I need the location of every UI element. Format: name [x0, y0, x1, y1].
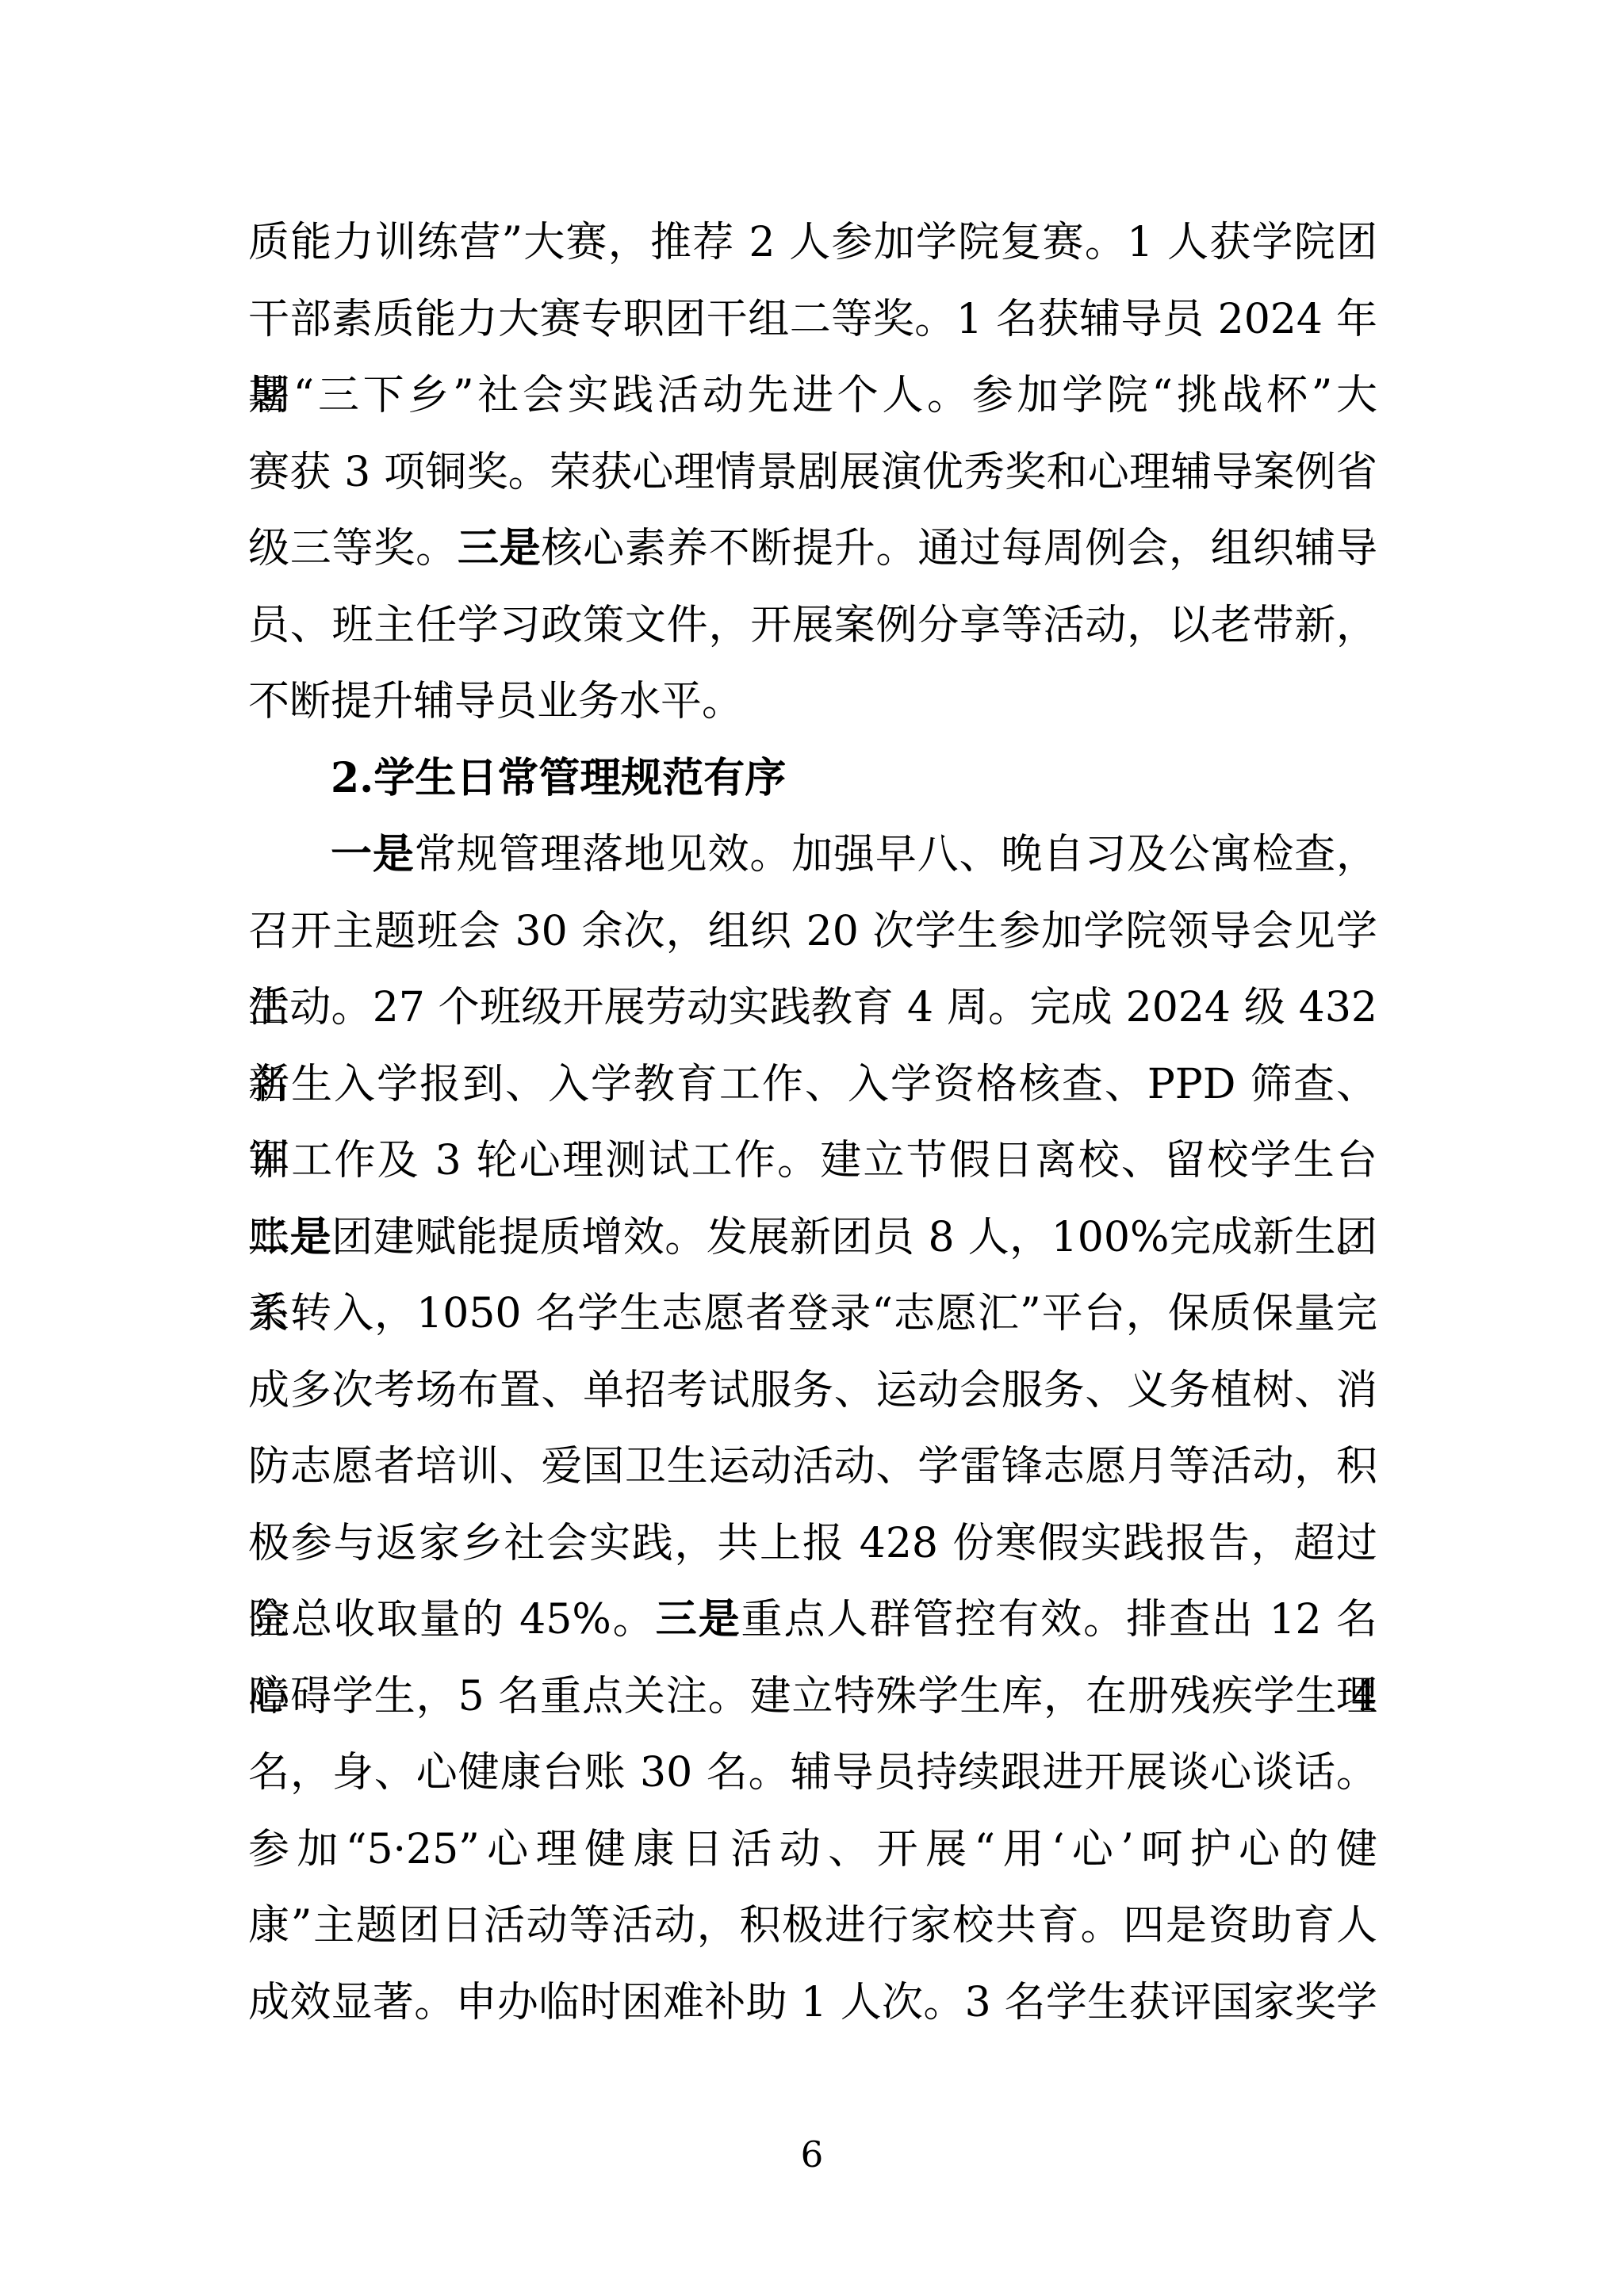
text-segment: 员、班主任学习政策文件，开展案例分享等活动，以老带新，	[248, 602, 1377, 649]
text-line: 期“三下乡”社会实践活动先进个人。参加学院“挑战杯”大	[248, 358, 1377, 434]
text-line: 召开主题班会 30 余次，组织 20 次学生参加学院领导会见学生	[248, 894, 1377, 970]
text-line: 新生入学报到、入学教育工作、入学资格核查、PPD 筛查、军	[248, 1047, 1377, 1123]
text-segment: 名，身、心健康台账 30 名。辅导员持续跟进开展谈心谈话。	[248, 1749, 1377, 1797]
document-page: 质能力训练营”大赛，推荐 2 人参加学院复赛。1 人获学院团干部素质能力大赛专职…	[0, 0, 1624, 2296]
text-line: 级三等奖。三是核心素养不断提升。通过每周例会，组织辅导	[248, 511, 1377, 587]
text-segment: 成多次考场布置、单招考试服务、运动会服务、义务植树、消	[248, 1367, 1377, 1414]
text-line: 活动。27 个班级开展劳动实践教育 4 周。完成 2024 级 432 名	[248, 970, 1377, 1047]
text-line: 不断提升辅导员业务水平。	[248, 664, 1377, 740]
text-segment: 期“三下乡”社会实践活动先进个人。参加学院“挑战杯”大	[248, 372, 1377, 419]
text-line: 防志愿者培训、爱国卫生运动活动、学雷锋志愿月等活动，积	[248, 1429, 1377, 1506]
emphasis-text-segment: 三是	[458, 524, 542, 572]
text-line: 院总收取量的 45%。三是重点人群管控有效。排查出 12 名心理	[248, 1582, 1377, 1659]
text-segment: 院总收取量的 45%。	[248, 1596, 656, 1644]
text-segment: 级三等奖。	[248, 525, 458, 572]
emphasis-text-segment: 二是	[248, 1213, 331, 1261]
emphasis-text-segment: 三是	[656, 1595, 741, 1644]
text-segment: 不断提升辅导员业务水平。	[248, 678, 743, 725]
text-line: 员、班主任学习政策文件，开展案例分享等活动，以老带新，	[248, 587, 1377, 664]
text-line: 一是常规管理落地见效。加强早八、晚自习及公寓检查，	[248, 817, 1377, 894]
emphasis-text-segment: 一是	[331, 830, 415, 878]
text-line: 成效显著。申办临时困难补助 1 人次。3 名学生获评国家奖学	[248, 1965, 1377, 2042]
text-line: 二是团建赋能提质增效。发展新团员 8 人，100%完成新生团关	[248, 1200, 1377, 1276]
text-line: 训工作及 3 轮心理测试工作。建立节假日离校、留校学生台账。	[248, 1123, 1377, 1200]
text-segment: 参加“5·25”心理健康日活动、开展“用‘心’呵护心的健	[248, 1826, 1377, 1873]
text-segment: 防志愿者培训、爱国卫生运动活动、学雷锋志愿月等活动，积	[248, 1443, 1377, 1490]
text-line: 质能力训练营”大赛，推荐 2 人参加学院复赛。1 人获学院团	[248, 205, 1377, 281]
emphasis-text-segment: 2.学生日常管理规范有序	[331, 754, 786, 802]
text-line: 极参与返家乡社会实践，共上报 428 份寒假实践报告，超过全	[248, 1506, 1377, 1582]
text-line: 名，身、心健康台账 30 名。辅导员持续跟进开展谈心谈话。	[248, 1735, 1377, 1812]
text-segment: 常规管理落地见效。加强早八、晚自习及公寓检查，	[415, 831, 1377, 878]
text-segment: 核心素养不断提升。通过每周例会，组织辅导	[541, 525, 1377, 572]
text-segment: 成效显著。申办临时困难补助 1 人次。3 名学生获评国家奖学	[248, 1979, 1377, 2026]
text-segment: 障碍学生，5 名重点关注。建立特殊学生库，在册残疾学生 4	[248, 1673, 1377, 1720]
text-segment: 系转入，1050 名学生志愿者登录“志愿汇”平台，保质保量完	[248, 1290, 1377, 1337]
text-line: 系转入，1050 名学生志愿者登录“志愿汇”平台，保质保量完	[248, 1276, 1377, 1353]
text-line: 康”主题团日活动等活动，积极进行家校共育。四是资助育人	[248, 1888, 1377, 1965]
text-segment: 质能力训练营”大赛，推荐 2 人参加学院复赛。1 人获学院团	[248, 219, 1377, 266]
text-line: 赛获 3 项铜奖。荣获心理情景剧展演优秀奖和心理辅导案例省	[248, 434, 1377, 511]
text-line: 2.学生日常管理规范有序	[248, 740, 1377, 817]
page-number: 6	[0, 2131, 1624, 2179]
text-line: 障碍学生，5 名重点关注。建立特殊学生库，在册残疾学生 4	[248, 1659, 1377, 1735]
text-segment: 赛获 3 项铜奖。荣获心理情景剧展演优秀奖和心理辅导案例省	[248, 449, 1377, 496]
text-line: 干部素质能力大赛专职团干组二等奖。1 名获辅导员 2024 年暑	[248, 281, 1377, 358]
text-segment: 康”主题团日活动等活动，积极进行家校共育。四是资助育人	[248, 1902, 1377, 1950]
text-line: 参加“5·25”心理健康日活动、开展“用‘心’呵护心的健	[248, 1812, 1377, 1888]
document-body-text: 质能力训练营”大赛，推荐 2 人参加学院复赛。1 人获学院团干部素质能力大赛专职…	[248, 205, 1377, 2041]
text-line: 成多次考场布置、单招考试服务、运动会服务、义务植树、消	[248, 1353, 1377, 1429]
